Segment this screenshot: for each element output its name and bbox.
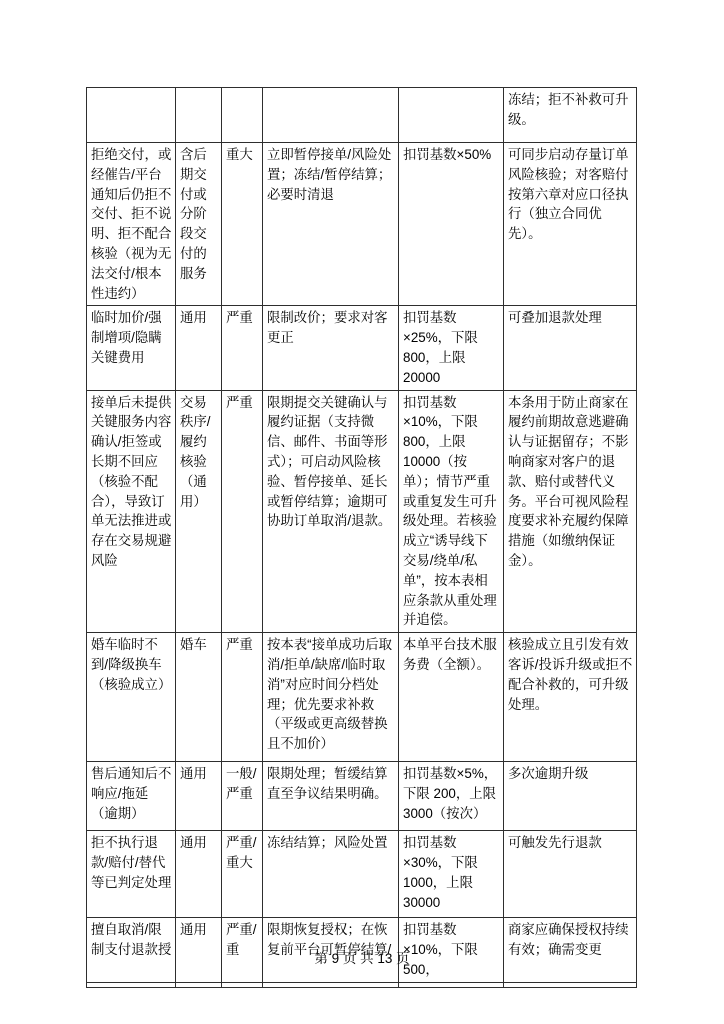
cell-remarks: 多次逾期升级	[504, 762, 637, 831]
page-number-footer: 第 9 页 共 13 页	[0, 949, 724, 969]
cell-handling	[263, 982, 399, 987]
cell-penalty: 扣罚基数×10%，下限 800，上限 10000（按单）；情节严重或重复发生可升…	[399, 390, 504, 633]
cell-remarks: 可叠加退款处理	[504, 306, 637, 390]
cell-handling: 限期提交关键确认与履约证据（支持微信、邮件、书面等形式）；可启动风险核验、暂停接…	[263, 390, 399, 633]
cell-remarks: 可同步启动存量订单风险核验；对客赔付按第六章对应口径执行（独立合同优先）。	[504, 143, 637, 306]
cell-penalty: 本单平台技术服务费（全额）。	[399, 633, 504, 762]
cell-category: 含后期交付或分阶段交付的服务	[176, 143, 222, 306]
table-row: 婚车临时不到/降级换车（核验成立） 婚车 严重 按本表“接单成功后取消/拒单/缺…	[87, 633, 637, 762]
cell-handling: 立即暂停接单/风险处置；冻结/暂停结算；必要时清退	[263, 143, 399, 306]
cell-remarks: 本条用于防止商家在履约前期故意逃避确认与证据留存；不影响商家对客户的退款、赔付或…	[504, 390, 637, 633]
cell-violation: 拒绝交付，或经催告/平台通知后仍拒不交付、拒不说明、拒不配合核验（视为无法交付/…	[87, 143, 176, 306]
cell-level: 严重	[222, 306, 263, 390]
cell-violation: 婚车临时不到/降级换车（核验成立）	[87, 633, 176, 762]
cell-remarks: 可触发先行退款	[504, 831, 637, 918]
cell-violation: 临时加价/强制增项/隐瞒关键费用	[87, 306, 176, 390]
cell-level: 严重	[222, 390, 263, 633]
table-row: 拒不执行退款/赔付/替代等已判定处理 通用 严重/重大 冻结结算；风险处置 扣罚…	[87, 831, 637, 918]
table-row: 冻结；拒不补救可升级。	[87, 88, 637, 143]
cell-violation: 售后通知后不响应/拖延（逾期）	[87, 762, 176, 831]
cell-remarks: 核验成立且引发有效客诉/投诉升级或拒不配合补救的，可升级处理。	[504, 633, 637, 762]
cell-category	[176, 88, 222, 143]
cell-penalty	[399, 88, 504, 143]
cell-handling: 限期处理；暂缓结算直至争议结果明确。	[263, 762, 399, 831]
cell-category: 通用	[176, 762, 222, 831]
cell-level	[222, 982, 263, 987]
table-row: 拒绝交付，或经催告/平台通知后仍拒不交付、拒不说明、拒不配合核验（视为无法交付/…	[87, 143, 637, 306]
cell-category	[176, 982, 222, 987]
table-row: 售后通知后不响应/拖延（逾期） 通用 一般/严重 限期处理；暂缓结算直至争议结果…	[87, 762, 637, 831]
cell-violation	[87, 982, 176, 987]
cell-handling: 限制改价；要求对客更正	[263, 306, 399, 390]
cell-level: 重大	[222, 143, 263, 306]
cell-violation: 接单后未提供关键服务内容确认/拒签或长期不回应（核验不配合），导致订单无法推进或…	[87, 390, 176, 633]
cell-penalty: 扣罚基数×30%，下限 1000，上限 30000	[399, 831, 504, 918]
cell-penalty: 扣罚基数×25%，下限 800，上限 20000	[399, 306, 504, 390]
table-row: 接单后未提供关键服务内容确认/拒签或长期不回应（核验不配合），导致订单无法推进或…	[87, 390, 637, 633]
cell-category: 婚车	[176, 633, 222, 762]
cell-category: 通用	[176, 831, 222, 918]
cell-penalty: 扣罚基数×5%，下限 200，上限 3000（按次）	[399, 762, 504, 831]
table-row: 临时加价/强制增项/隐瞒关键费用 通用 严重 限制改价；要求对客更正 扣罚基数×…	[87, 306, 637, 390]
cell-handling: 按本表“接单成功后取消/拒单/缺席/临时取消”对应时间分档处理；优先要求补救（平…	[263, 633, 399, 762]
cell-level: 严重/重大	[222, 831, 263, 918]
table-row	[87, 982, 637, 987]
document-page: 冻结；拒不补救可升级。 拒绝交付，或经催告/平台通知后仍拒不交付、拒不说明、拒不…	[0, 0, 724, 1024]
cell-category: 通用	[176, 306, 222, 390]
cell-handling: 冻结结算；风险处置	[263, 831, 399, 918]
violation-penalty-table: 冻结；拒不补救可升级。 拒绝交付，或经催告/平台通知后仍拒不交付、拒不说明、拒不…	[86, 87, 637, 988]
cell-handling	[263, 88, 399, 143]
cell-violation	[87, 88, 176, 143]
cell-category: 交易秩序/履约核验（通用）	[176, 390, 222, 633]
cell-penalty	[399, 982, 504, 987]
cell-level	[222, 88, 263, 143]
cell-penalty: 扣罚基数×50%	[399, 143, 504, 306]
cell-violation: 拒不执行退款/赔付/替代等已判定处理	[87, 831, 176, 918]
cell-remarks	[504, 982, 637, 987]
cell-level: 严重	[222, 633, 263, 762]
cell-level: 一般/严重	[222, 762, 263, 831]
cell-remarks: 冻结；拒不补救可升级。	[504, 88, 637, 143]
